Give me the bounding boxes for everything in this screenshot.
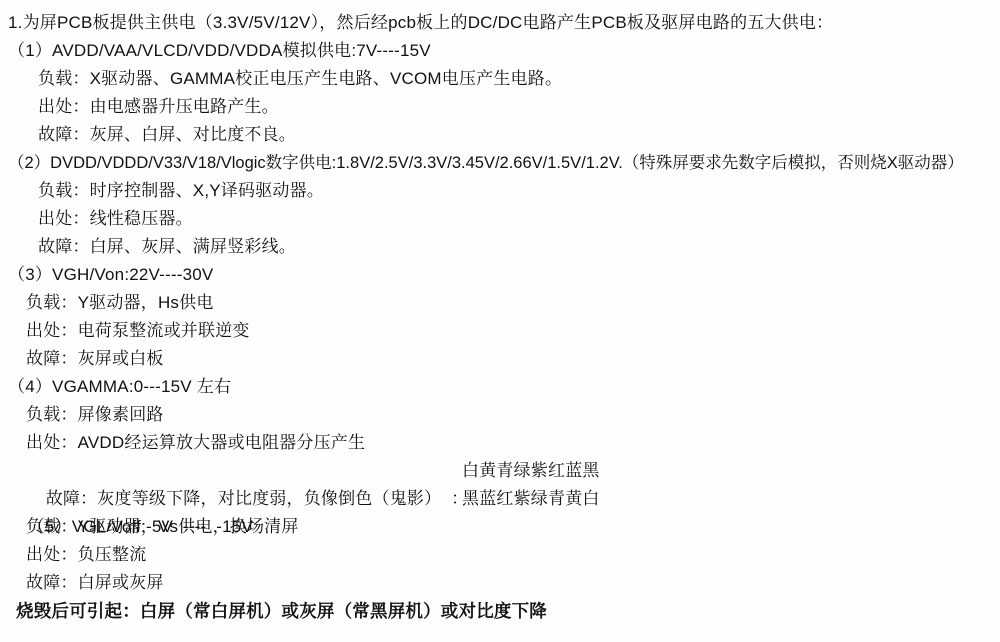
section-3-heading: （3）VGH/Von:22V----30V [0, 261, 1000, 289]
main-heading: 1.为屏PCB板提供主供电（3.3V/5V/12V），然后经pcb板上的DC/D… [0, 9, 1000, 37]
section-3-load-line: 负载：Y驱动器，Hs供电 [0, 289, 1000, 317]
section-1-fault-line: 故障：灰屏、白屏、对比度不良。 [0, 121, 1000, 149]
section-1-load-line: 负载：X驱动器、GAMMA校正电压产生电路、VCOM电压产生电路。 [0, 65, 1000, 93]
section-5-heading: （5）VGL/Voff:-5V ---- -15V 黑蓝红紫绿青黄白 [0, 485, 1000, 513]
section-5-fault-line: 故障：白屏或灰屏 [0, 569, 1000, 597]
section-2-load-line: 负载：时序控制器、X,Y译码驱动器。 [0, 177, 1000, 205]
section-1-heading: （1）AVDD/VAA/VLCD/VDD/VDDA模拟供电:7V----15V [0, 37, 1000, 65]
summary-line: 烧毁后可引起：白屏（常白屏机）或灰屏（常黑屏机）或对比度下降 [0, 597, 1000, 625]
section-5-source-line: 出处：负压整流 [0, 541, 1000, 569]
document-page: 1.为屏PCB板提供主供电（3.3V/5V/12V），然后经pcb板上的DC/D… [0, 0, 1000, 642]
section-2-heading: （2）DVDD/VDDD/V33/V18/Vlogic数字供电:1.8V/2.5… [0, 149, 1000, 177]
color-sequence-black-first: 黑蓝红紫绿青黄白 [462, 485, 600, 513]
section-4-fault-line: 故障：灰度等级下降，对比度弱，负像倒色（鬼影） ： 白黄青绿紫红蓝黑 [0, 457, 1000, 485]
section-3-fault-line: 故障：灰屏或白板 [0, 345, 1000, 373]
section-4-load-line: 负载：屏像素回路 [0, 401, 1000, 429]
section-4-source-line: 出处：AVDD经运算放大器或电阻器分压产生 [0, 429, 1000, 457]
section-5-load-line: 负载：Y驱动器，Vs供电，换场清屏 [0, 513, 1000, 541]
section-3-source-line: 出处：电荷泵整流或并联逆变 [0, 317, 1000, 345]
section-1-source-line: 出处：由电感器升压电路产生。 [0, 93, 1000, 121]
color-sequence-white-first: 白黄青绿紫红蓝黑 [462, 457, 600, 485]
section-2-source-line: 出处：线性稳压器。 [0, 205, 1000, 233]
section-4-heading: （4）VGAMMA:0---15V 左右 [0, 373, 1000, 401]
section-2-fault-line: 故障：白屏、灰屏、满屏竖彩线。 [0, 233, 1000, 261]
